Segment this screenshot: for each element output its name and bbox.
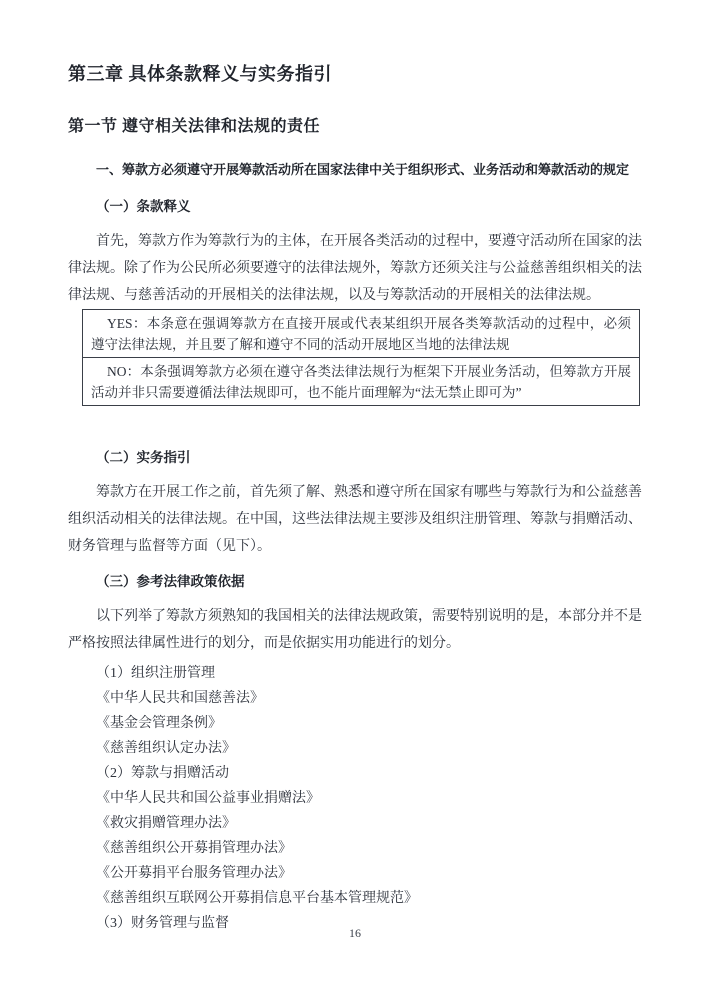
reference-item: 《中华人民共和国公益事业捐赠法》: [96, 786, 642, 811]
reference-item: 《慈善组织认定办法》: [96, 736, 642, 761]
practice-heading: （二）实务指引: [68, 449, 642, 467]
document-page: 第三章 具体条款释义与实务指引 第一节 遵守相关法律和法规的责任 一、筹款方必须…: [0, 0, 710, 1004]
reference-item: （2）筹款与捐赠活动: [96, 761, 642, 786]
yes-note: YES：本条意在强调筹款方在直接开展或代表某组织开展各类筹款活动的过程中，必须遵…: [83, 310, 639, 357]
interpretation-heading: （一）条款释义: [68, 198, 642, 216]
references-paragraph: 以下列举了筹款方须熟知的我国相关的法律法规政策，需要特别说明的是，本部分并不是严…: [68, 603, 642, 657]
yes-no-box: YES：本条意在强调筹款方在直接开展或代表某组织开展各类筹款活动的过程中，必须遵…: [82, 309, 640, 406]
practice-paragraph: 筹款方在开展工作之前，首先须了解、熟悉和遵守所在国家有哪些与筹款行为和公益慈善组…: [68, 479, 642, 560]
reference-item: 《慈善组织互联网公开募捐信息平台基本管理规范》: [96, 886, 642, 911]
page-number: 16: [0, 926, 710, 941]
no-note: NO：本条强调筹款方必须在遵守各类法律法规行为框架下开展业务活动，但筹款方开展活…: [83, 357, 639, 405]
chapter-title: 第三章 具体条款释义与实务指引: [68, 63, 642, 85]
references-heading: （三）参考法律政策依据: [68, 573, 642, 591]
section-title: 第一节 遵守相关法律和法规的责任: [68, 117, 642, 137]
reference-item: 《救灾捐赠管理办法》: [96, 811, 642, 836]
reference-item: 《慈善组织公开募捐管理办法》: [96, 836, 642, 861]
reference-list: （1）组织注册管理 《中华人民共和国慈善法》 《基金会管理条例》 《慈善组织认定…: [68, 661, 642, 936]
reference-item: 《基金会管理条例》: [96, 711, 642, 736]
interpretation-paragraph: 首先，筹款方作为筹款行为的主体，在开展各类活动的过程中，要遵守活动所在国家的法律…: [68, 228, 642, 309]
clause-heading: 一、筹款方必须遵守开展筹款活动所在国家法律中关于组织形式、业务活动和筹款活动的规…: [68, 161, 642, 179]
reference-item: 《公开募捐平台服务管理办法》: [96, 861, 642, 886]
reference-item: （1）组织注册管理: [96, 661, 642, 686]
reference-item: 《中华人民共和国慈善法》: [96, 686, 642, 711]
